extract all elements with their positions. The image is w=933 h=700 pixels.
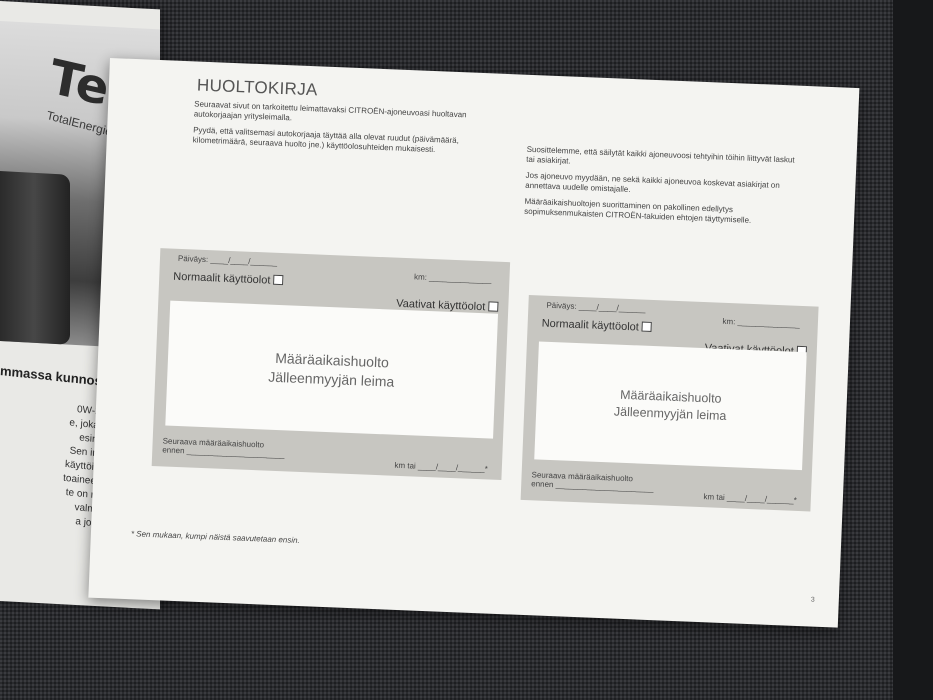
oil-bottle-image (0, 170, 70, 345)
totalenergies-logo-icon: Te (46, 49, 114, 117)
stamp-subtitle: Jälleenmyyjän leima (614, 404, 727, 426)
next-service-field[interactable]: Seuraava määräaikaishuoltoennen ________… (531, 470, 654, 493)
dealer-stamp-box: Määräaikaishuolto Jälleenmyyjän leima (165, 301, 498, 439)
checkbox-icon[interactable] (273, 275, 283, 285)
normal-conditions-option[interactable]: Normaalit käyttöolot (173, 271, 284, 287)
service-record-form-1: Päiväys: ____/____/______ km: __________… (152, 248, 510, 480)
footnote: * Sen mukaan, kumpi näistä saavutetaan e… (131, 529, 300, 545)
service-record-form-2: Päiväys: ____/____/______ km: __________… (521, 295, 819, 511)
normal-conditions-label: Normaalit käyttöolot (541, 318, 639, 334)
km-field[interactable]: km: ______________ (414, 272, 492, 284)
intro-paragraph: Määräaikaishuoltojen suorittaminen on pa… (524, 197, 795, 228)
service-book-page: HUOLTOKIRJA Seuraavat sivut on tarkoitet… (88, 58, 859, 628)
checkbox-icon[interactable] (488, 301, 498, 311)
next-service-km-date[interactable]: km tai ____/____/______* (703, 492, 797, 505)
stamp-subtitle: Jälleenmyyjän leima (268, 367, 395, 391)
km-field[interactable]: km: ______________ (722, 317, 800, 329)
intro-right: Suosittelemme, että säilytät kaikki ajon… (524, 145, 797, 234)
page-number: 3 (811, 597, 815, 604)
intro-paragraph: Suosittelemme, että säilytät kaikki ajon… (526, 145, 797, 176)
normal-conditions-label: Normaalit käyttöolot (173, 271, 271, 287)
intro-paragraph: Jos ajoneuvo myydään, ne sekä kaikki ajo… (525, 171, 796, 202)
date-field[interactable]: Päiväys: ____/____/______ (546, 301, 645, 314)
normal-conditions-option[interactable]: Normaalit käyttöolot (541, 318, 652, 334)
seat-fabric (893, 0, 933, 700)
dealer-stamp-box: Määräaikaishuolto Jälleenmyyjän leima (534, 341, 807, 470)
next-service-km-date[interactable]: km tai ____/____/______* (394, 461, 488, 474)
next-service-field[interactable]: Seuraava määräaikaishuoltoennen ________… (162, 436, 285, 459)
date-field[interactable]: Päiväys: ____/____/______ (178, 254, 277, 267)
page-title: HUOLTOKIRJA (197, 76, 318, 101)
checkbox-icon[interactable] (642, 322, 652, 332)
intro-left: Seuraavat sivut on tarkoitettu leimattav… (192, 99, 514, 164)
